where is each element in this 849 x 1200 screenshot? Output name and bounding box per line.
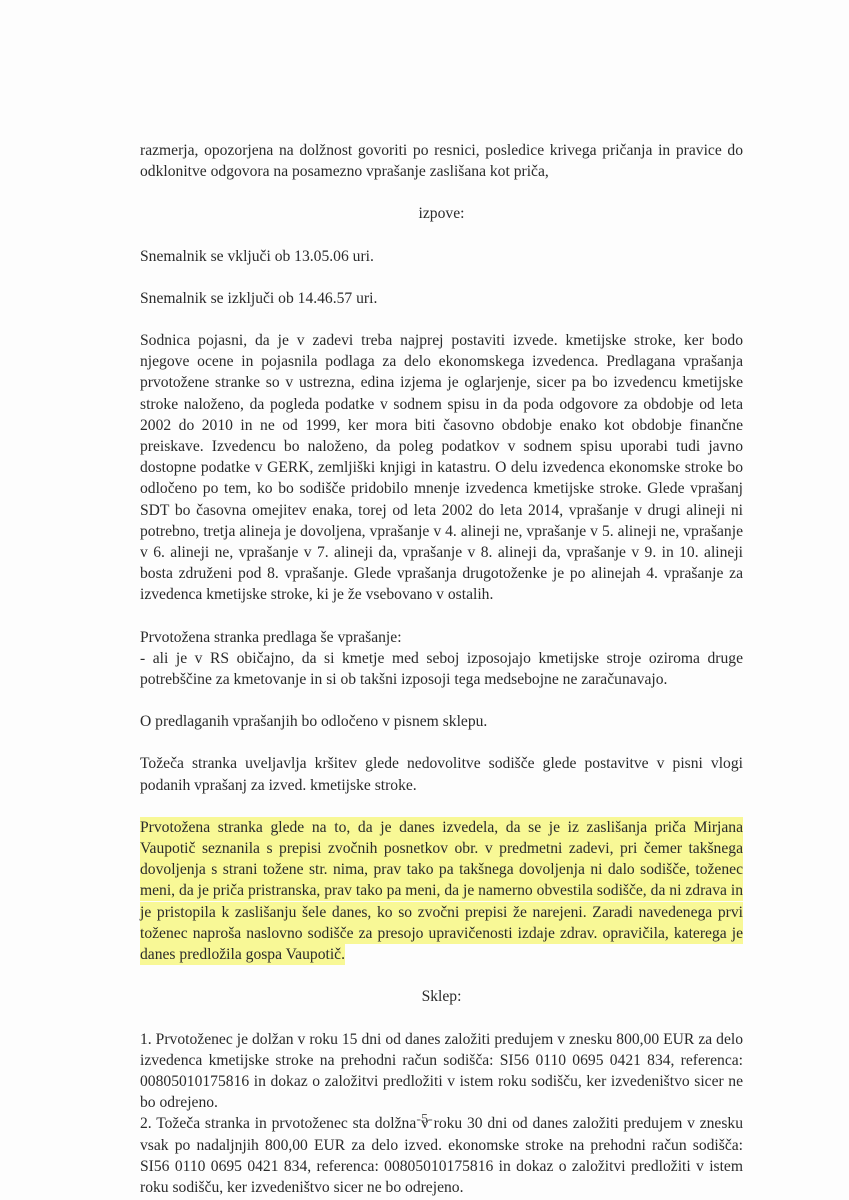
heading-izpove: izpove: — [140, 203, 743, 224]
proposal-intro: Prvotožena stranka predlaga še vprašanje… — [140, 627, 743, 648]
objection-paragraph: Tožeča stranka uveljavlja kršitev glede … — [140, 753, 743, 795]
page-number: -5- — [0, 1112, 849, 1128]
document-body: razmerja, opozorjena na dolžnost govorit… — [140, 140, 743, 1198]
proposal-item: - ali je v RS običajno, da si kmetje med… — [140, 648, 743, 690]
recorder-on-line: Snemalnik se vključi ob 13.05.06 uri. — [140, 246, 743, 267]
highlighted-text: Prvotožena stranka glede na to, da je da… — [140, 817, 743, 965]
recorder-off-line: Snemalnik se izključi ob 14.46.57 uri. — [140, 288, 743, 309]
decision-note: O predlaganih vprašanjih bo odločeno v p… — [140, 711, 743, 732]
sklep-item-1: 1. Prvotoženec je dolžan v roku 15 dni o… — [140, 1029, 743, 1114]
judge-explanation-paragraph: Sodnica pojasni, da je v zadevi treba na… — [140, 330, 743, 606]
heading-sklep: Sklep: — [140, 986, 743, 1007]
document-page: razmerja, opozorjena na dolžnost govorit… — [0, 0, 849, 1200]
intro-paragraph: razmerja, opozorjena na dolžnost govorit… — [140, 140, 743, 182]
highlighted-paragraph: Prvotožena stranka glede na to, da je da… — [140, 817, 743, 965]
